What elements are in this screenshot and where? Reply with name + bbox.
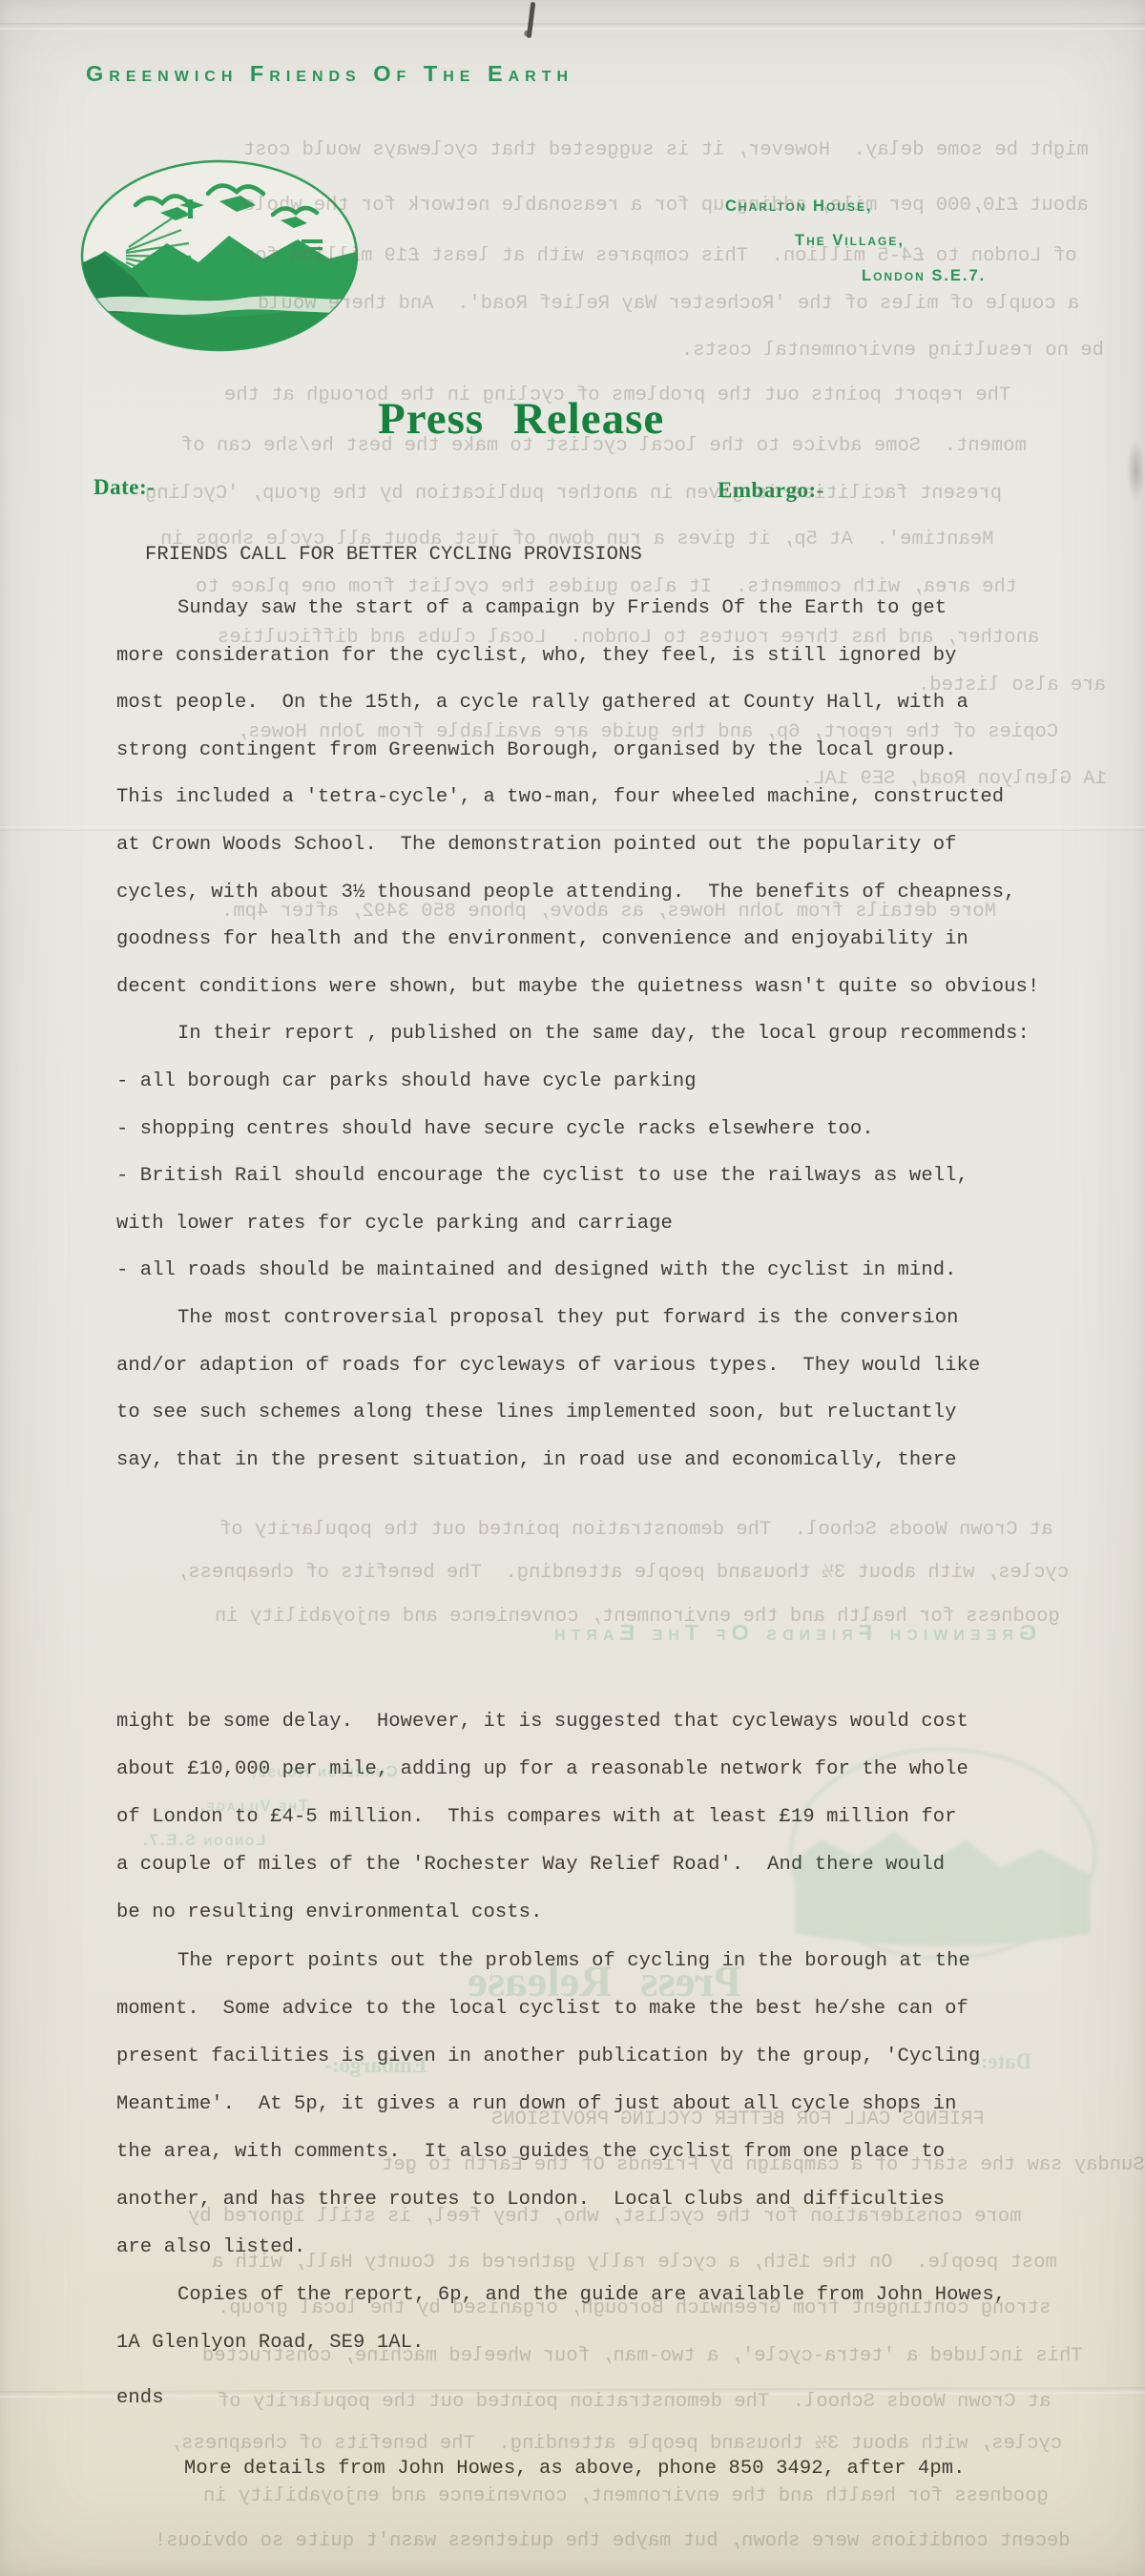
typewritten-line: might be some delay. However, it is sugg… [116,1711,968,1734]
headline: FRIENDS CALL FOR BETTER CYCLING PROVISIO… [145,544,642,567]
bleedthrough-line: More details from John Howes, as above, … [221,901,996,924]
typewritten-line: most people. On the 15th, a cycle rally … [116,692,968,715]
typewritten-line: This included a 'tetra-cycle', a two-man… [116,786,1004,809]
typewritten-line: - shopping centres should have secure cy… [116,1118,874,1141]
bleedthrough-line: about £10,000 per mile, adding up for a … [243,195,1089,218]
typewritten-line: 1A Glenlyon Road, SE9 1AL. [116,2332,424,2355]
bleedthrough-line: be no resulting environmental costs. [681,340,1104,363]
scanned-press-release-page: Greenwich Friends Of The Earth [0,0,1145,2576]
typewritten-line: Meantime'. At 5p, it gives a run down of… [116,2093,957,2116]
logo-bleedthrough [784,1738,1101,1969]
bleedthrough-line: most people. On the 15th, a cycle rally … [212,2252,1057,2275]
typewritten-line: be no resulting environmental costs. [116,1901,542,1924]
typewritten-line: moment. Some advice to the local cyclist… [116,1998,968,2021]
paper-fold-crease-middle [0,826,1145,831]
bleedthrough-line: goodness for health and the environment,… [215,1606,1060,1629]
bleedthrough-line: London S.E.7. [141,1832,265,1850]
contact-footer-line: More details from John Howes, as above, … [184,2458,966,2481]
organisation-name: Greenwich Friends Of The Earth [86,61,573,87]
typewritten-line: are also listed. [116,2236,305,2259]
bleedthrough-line: present facilities is given in another p… [145,483,1002,506]
address-line-1: Charlton House, [725,197,873,216]
bleedthrough-line: at Crown Woods School. The demonstration… [219,1519,1052,1542]
typewritten-line: - British Rail should encourage the cycl… [116,1165,968,1188]
bleedthrough-line: decent conditions were shown, but maybe … [155,2530,1071,2553]
bleedthrough-line: a couple of miles of the 'Rochester Way … [258,293,1079,316]
typewritten-line: present facilities is given in another p… [116,2046,980,2068]
bleedthrough-line: the area, with comments. It also guides … [196,576,1017,599]
typewritten-line: - all borough car parks should have cycl… [116,1070,697,1093]
typewritten-line: another, and has three routes to London.… [116,2189,945,2212]
typewritten-line: The most controversial proposal they put… [177,1307,959,1330]
bleedthrough-line: cycles, with about 3½ thousand people at… [170,2433,1062,2456]
typewritten-line: and/or adaption of roads for cycleways o… [116,1355,980,1378]
bleedthrough-line: at Crown Woods School. The demonstration… [218,2391,1051,2414]
bleedthrough-line: goodness for health and the environment,… [203,2485,1049,2508]
bleedthrough-line: might be some delay. However, it is sugg… [243,139,1089,162]
typewritten-line: the area, with comments. It also guides … [116,2141,945,2164]
friends-of-the-earth-logo [76,156,363,356]
bleedthrough-line: Greenwich Friends Of The Earth [549,1620,1036,1646]
typewritten-line: In their report , published on the same … [177,1023,1030,1046]
bleedthrough-line: Date:- [973,2049,1031,2074]
typewritten-line: say, that in the present situation, in r… [116,1449,957,1472]
typewritten-line: cycles, with about 3½ thousand people at… [116,882,1016,904]
date-label: Date:- [94,475,155,500]
bleedthrough-line: of London to £4-5 million. This compares… [243,245,1076,268]
typewritten-line: Sunday saw the start of a campaign by Fr… [177,597,947,620]
embargo-label: Embargo:- [718,478,824,503]
typewritten-line: decent conditions were shown, but maybe … [116,976,1039,999]
typewritten-line: with lower rates for cycle parking and c… [116,1213,673,1236]
ends-marker: ends [116,2387,164,2410]
ink-smudge-mark [527,2,536,38]
typewritten-line: Copies of the report, 6p, and the guide … [177,2284,1006,2307]
typewritten-line: strong contingent from Greenwich Borough… [116,739,957,762]
typewritten-line: more consideration for the cyclist, who,… [116,645,957,668]
typewritten-line: at Crown Woods School. The demonstration… [116,834,957,857]
typewritten-line: goodness for health and the environment,… [116,928,968,951]
paper-fold-crease-lower [0,2387,1145,2398]
press-release-title: Press Release [378,393,664,445]
address-line-3: London S.E.7. [862,267,986,285]
paper-fold-crease-top [0,23,1145,30]
typewritten-line: - all roads should be maintained and des… [116,1259,957,1282]
fold-shadow-right-edge [1127,439,1145,502]
address-line-2: The Village, [795,232,905,250]
typewritten-line: to see such schemes along these lines im… [116,1402,957,1424]
bleedthrough-line: cycles, with about 3½ thousand people at… [177,1562,1069,1585]
